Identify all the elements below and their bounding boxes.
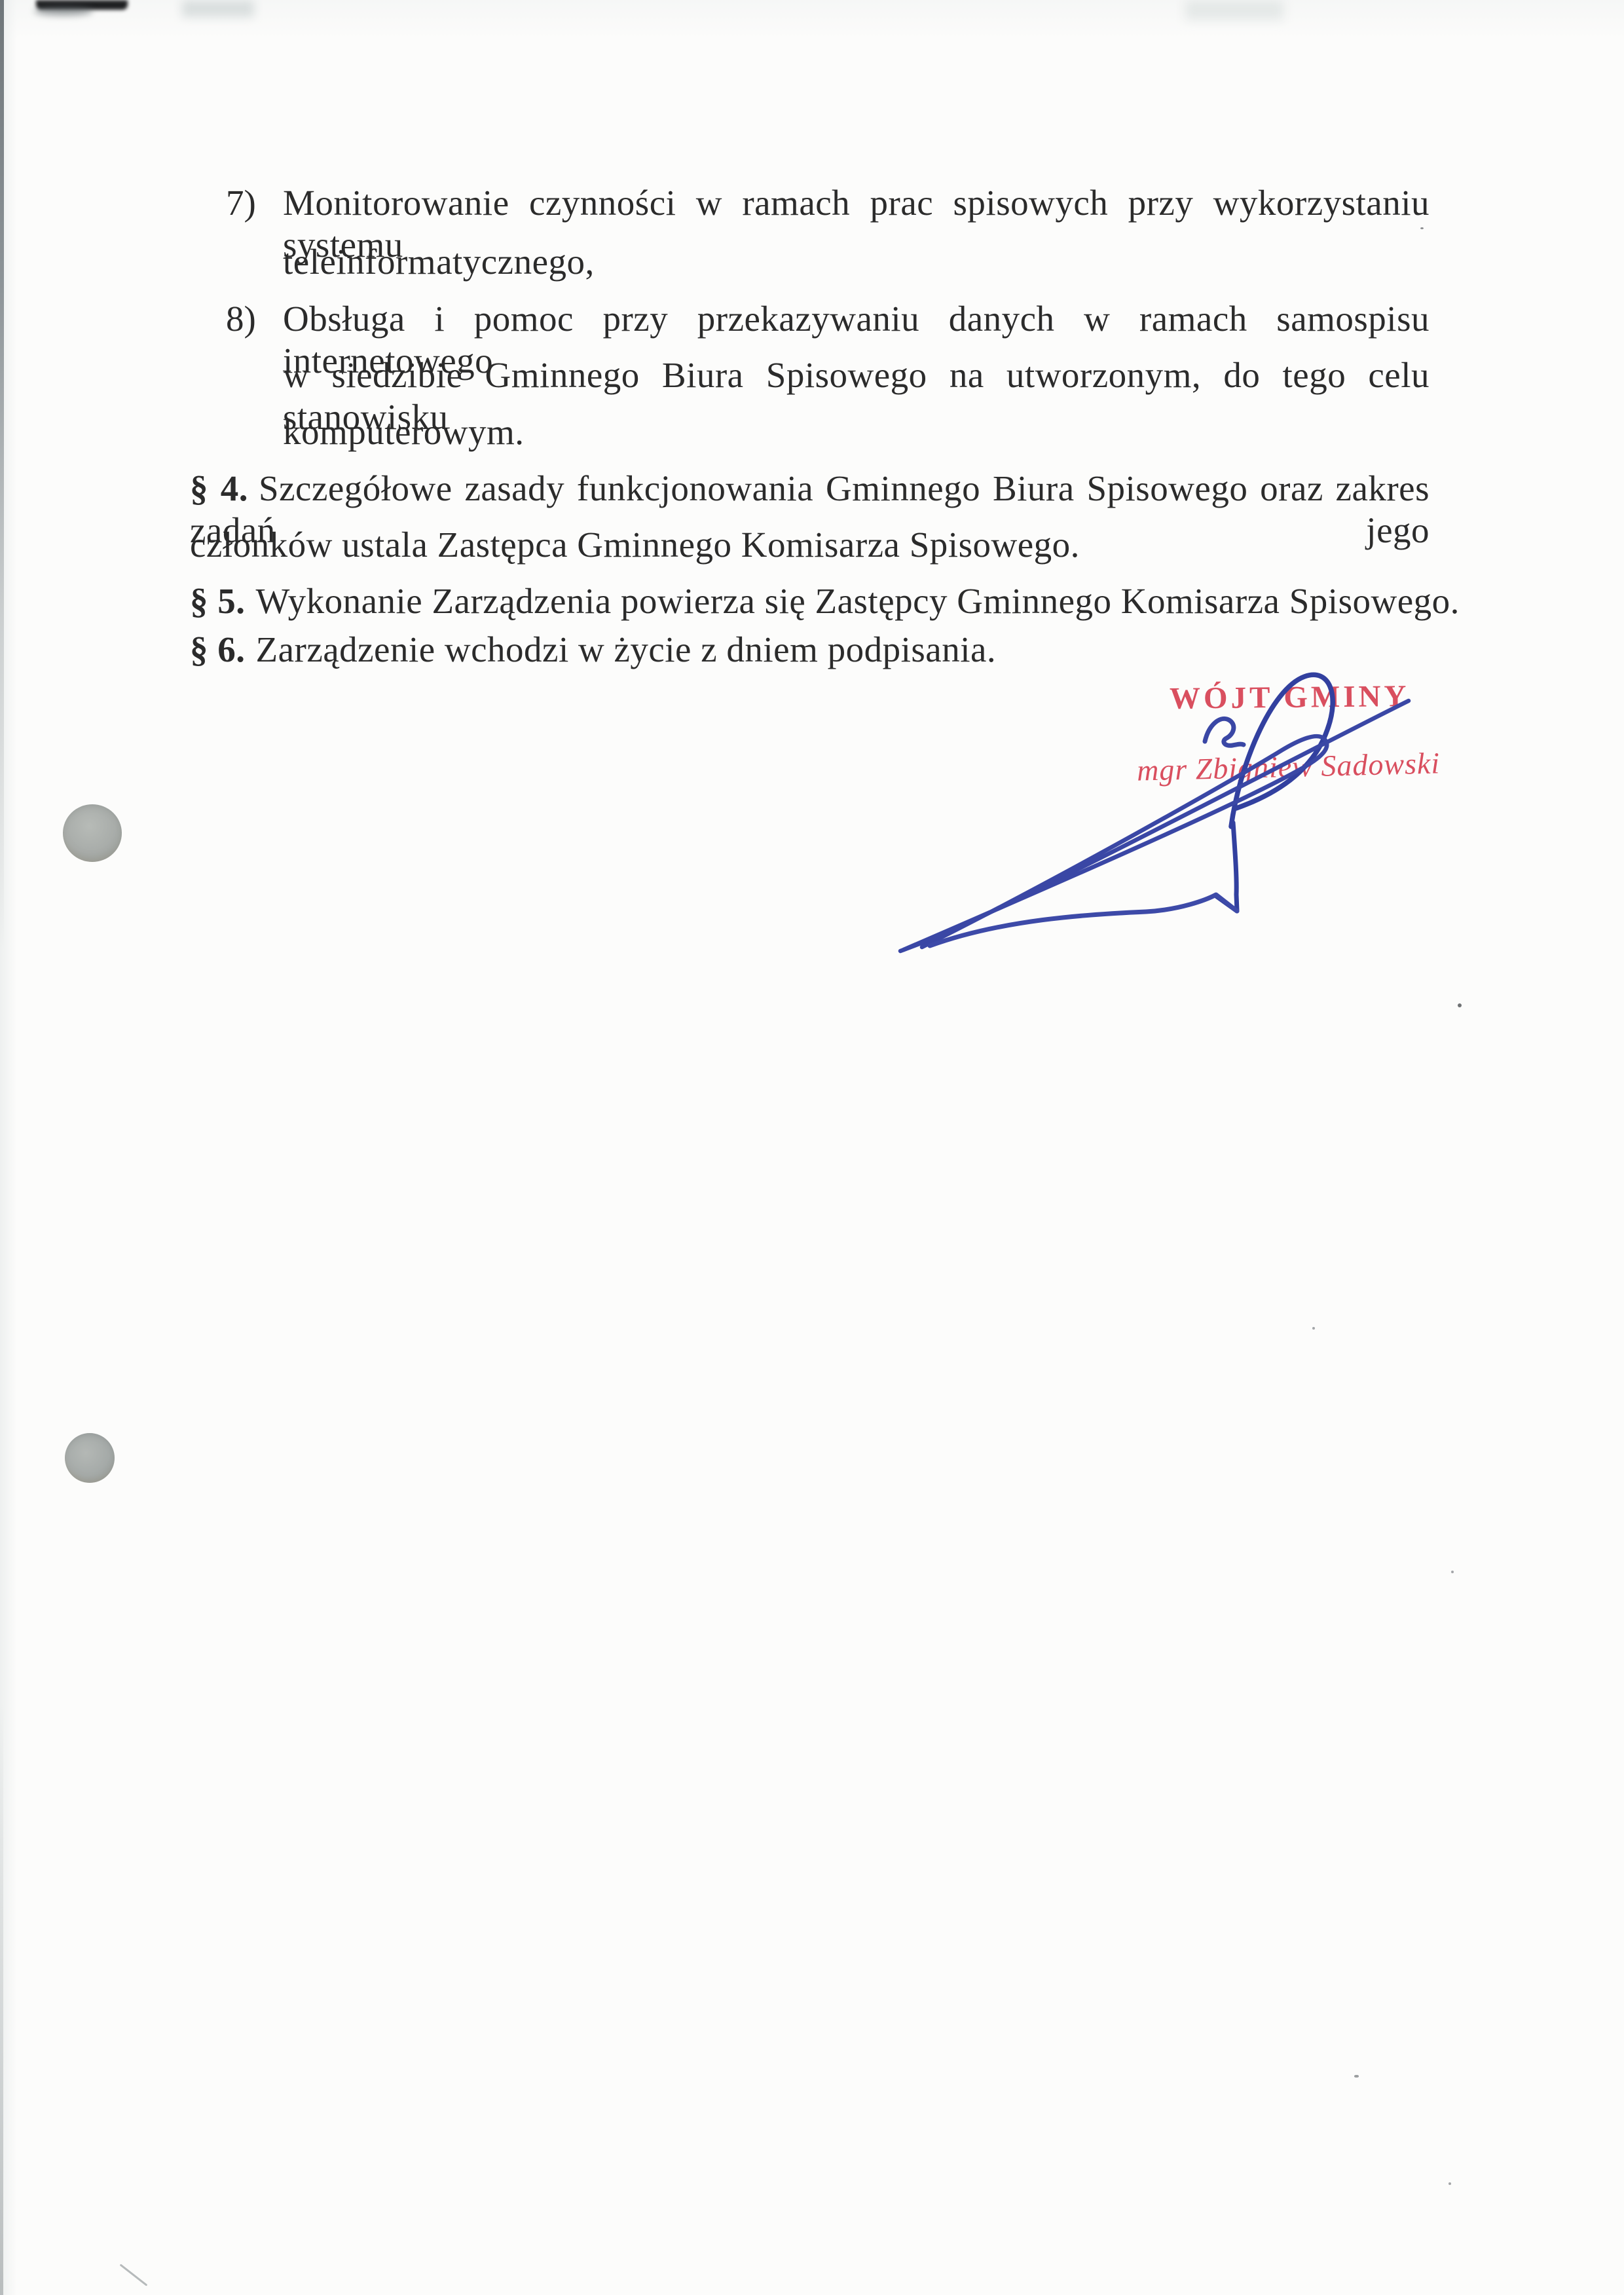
scan-smudge-light — [1185, 0, 1283, 20]
scan-speck — [1451, 1571, 1454, 1573]
scan-smudge-light — [182, 0, 254, 17]
scan-edge-artifact-bottom — [0, 1703, 3, 2295]
paragraph-5-text: Wykonanie Zarządzenia powierza się Zastę… — [256, 581, 1460, 621]
list-item-7-number: 7) — [226, 182, 256, 224]
scanned-document-page: 7) Monitorowanie czynności w ramach prac… — [0, 0, 1624, 2295]
list-item-7-line-2: teleinformatycznego, — [283, 241, 595, 283]
list-item-8-number: 8) — [226, 298, 256, 340]
paragraph-5-line-1: § 5.Wykonanie Zarządzenia powierza się Z… — [190, 580, 1460, 622]
scan-speck — [1354, 2075, 1359, 2078]
hole-punch-bottom — [65, 1433, 115, 1483]
signature-ink — [871, 655, 1493, 969]
scan-edge-artifact — [0, 0, 4, 950]
paragraph-6-label: § 6. — [190, 629, 246, 669]
list-item-8-line-3: komputerowym. — [283, 411, 525, 453]
scan-corner-mark — [120, 2264, 148, 2286]
scan-speck — [1458, 1003, 1462, 1007]
paragraph-4-label: § 4. — [190, 468, 248, 508]
scan-speck — [1312, 1327, 1315, 1330]
scan-smudge-gray — [34, 7, 93, 16]
paragraph-4-line-2: członków ustala Zastępca Gminnego Komisa… — [190, 524, 1080, 566]
paragraph-5-label: § 5. — [190, 581, 246, 621]
hole-punch-top — [63, 804, 122, 862]
scan-speck — [1449, 2182, 1451, 2185]
